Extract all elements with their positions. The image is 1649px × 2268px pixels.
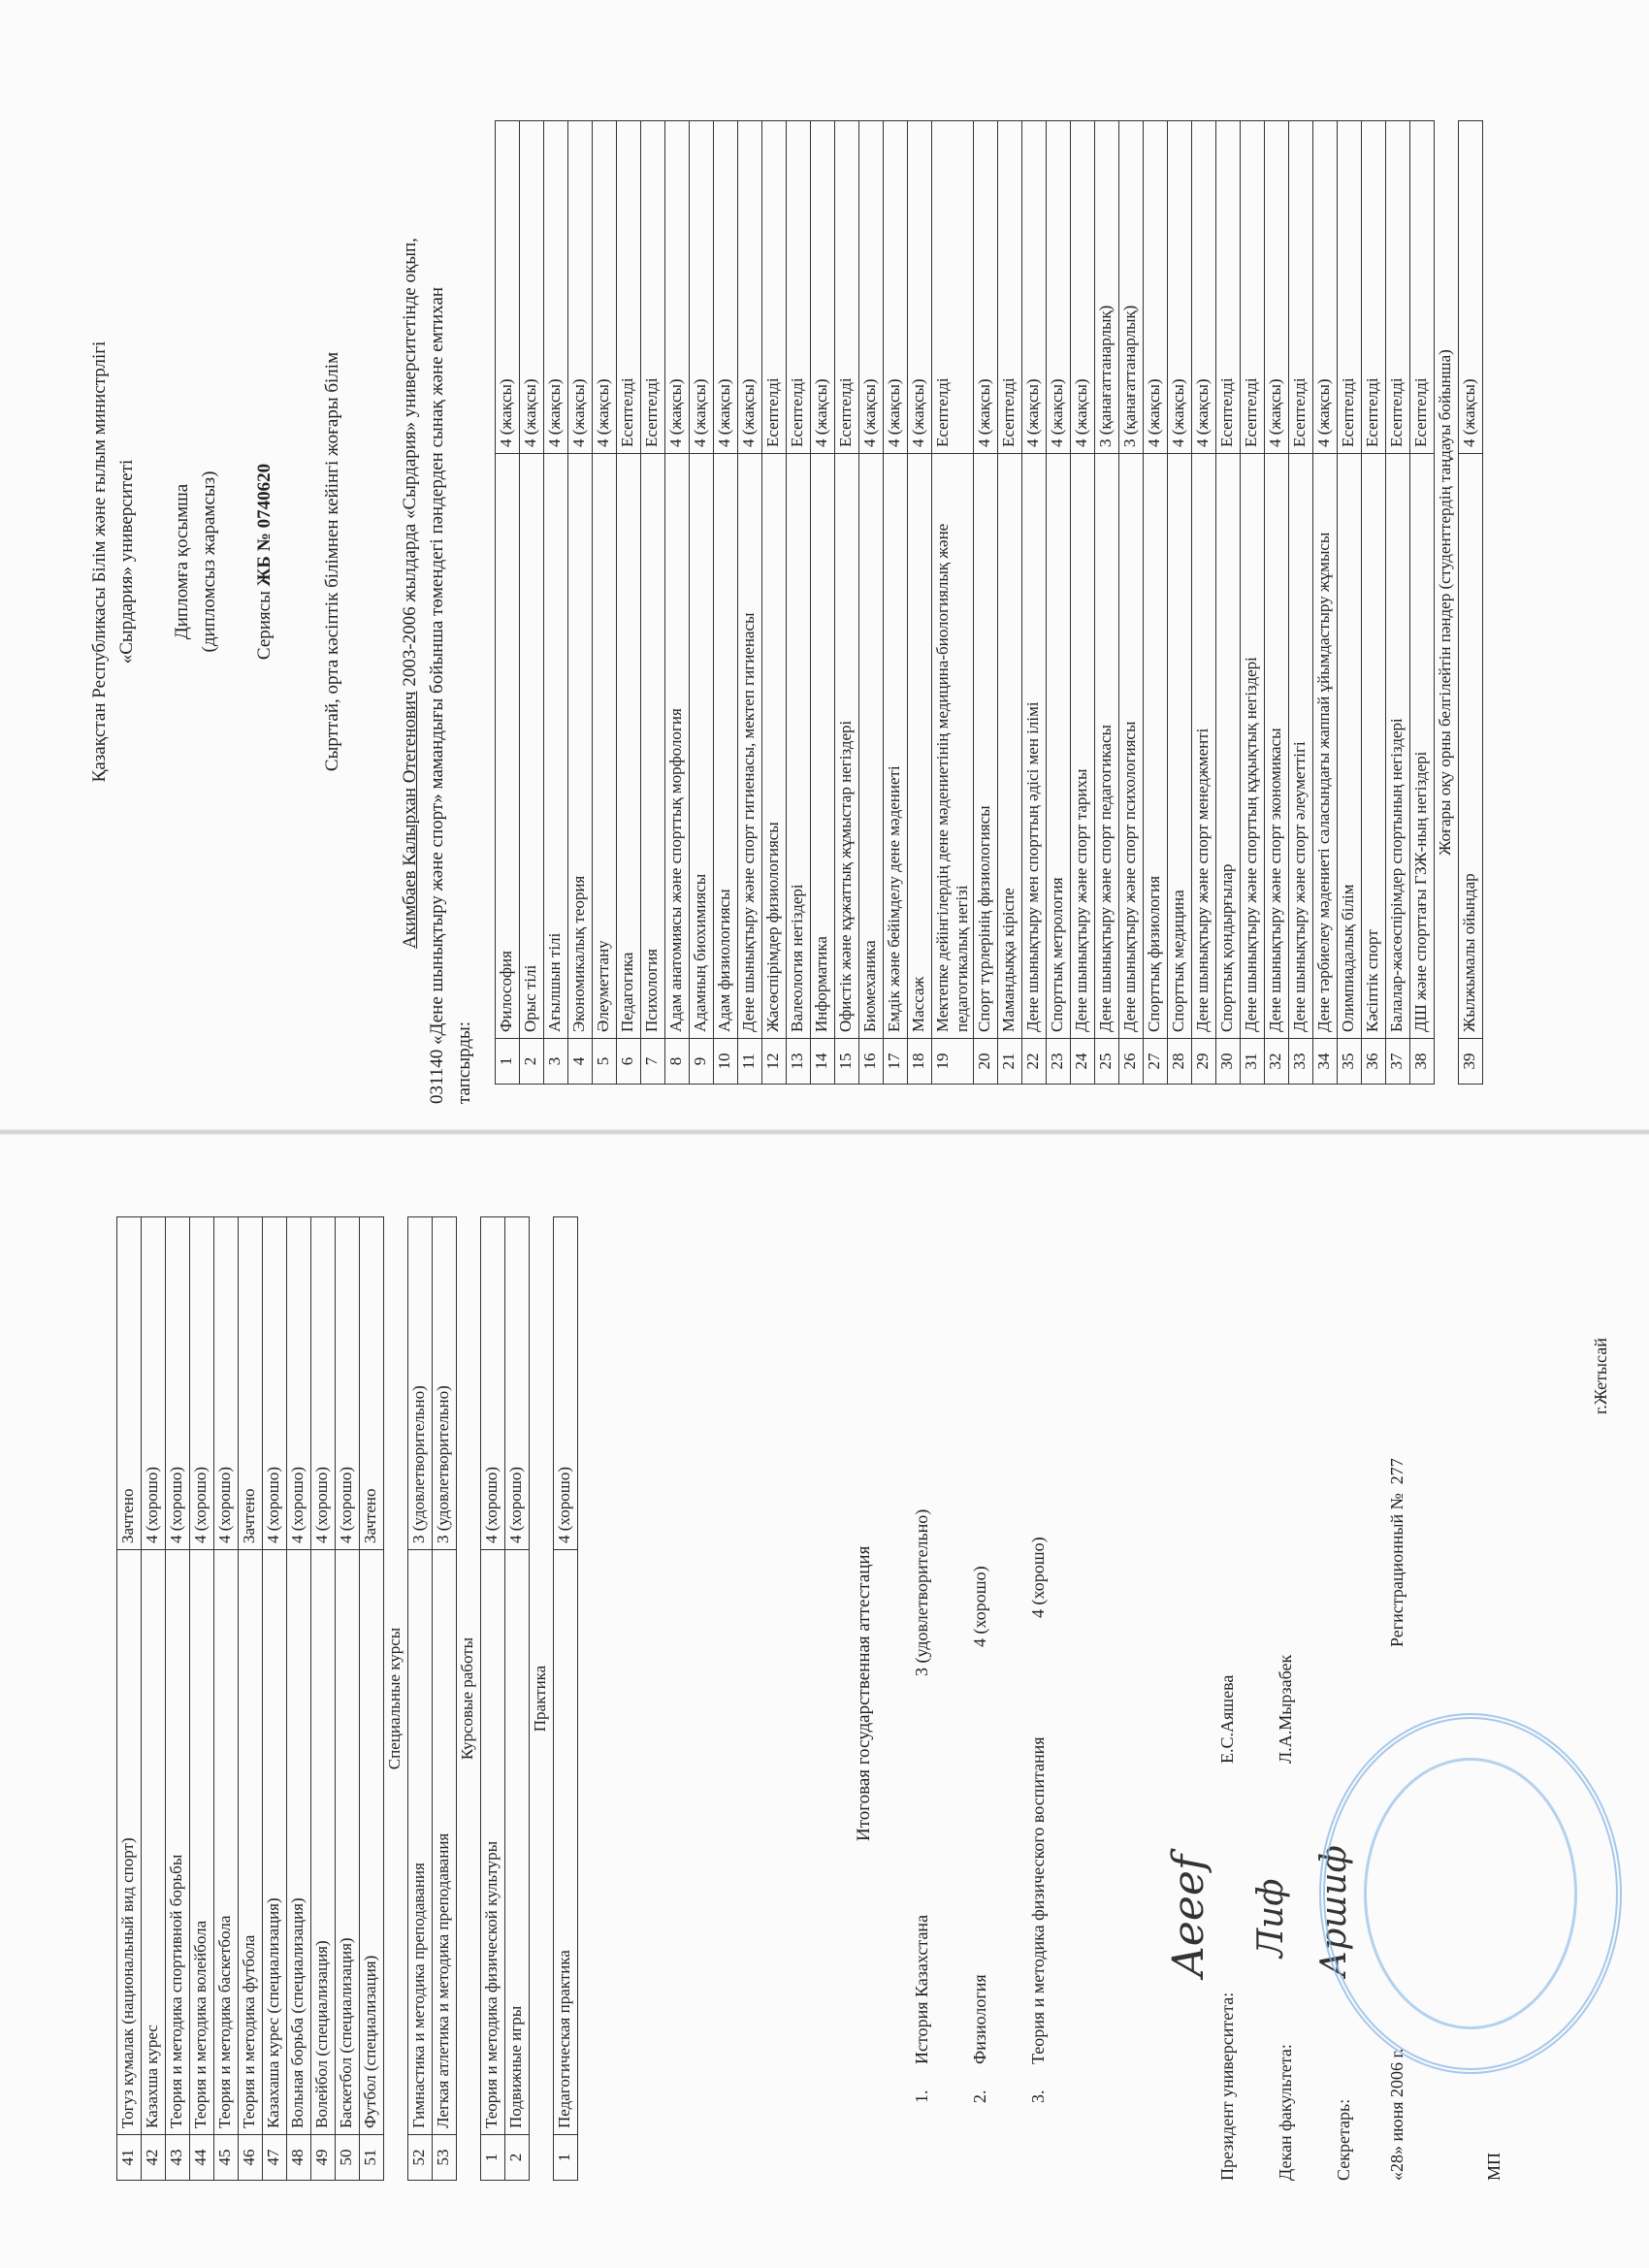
grade: 3 (удовлетворительно)	[408, 1217, 433, 1550]
subject-name: Дене шынықтыру мен спорттың әдісі мен іл…	[1022, 454, 1047, 1039]
row-number: 31	[1241, 1039, 1265, 1085]
subject-name: Дене шынықтыру және спорт педагогикасы	[1095, 454, 1119, 1039]
grade: Есептелді	[835, 121, 859, 454]
row-number: 22	[1022, 1039, 1047, 1085]
subject-name: Спорттық қондырғылар	[1216, 454, 1241, 1039]
table-row: 21Мамандыққа кіріспеЕсептелді	[998, 121, 1022, 1085]
table-row: 35Олимпиадалық білімЕсептелді	[1338, 121, 1362, 1085]
table-row: 1Философия4 (жақсы)	[496, 121, 520, 1085]
table-row: 3Ағылшын тілі4 (жақсы)	[544, 121, 568, 1085]
table-row: 10Адам физиологиясы4 (жақсы)	[714, 121, 738, 1085]
attestation-item: 3.Теория и методика физического воспитан…	[1028, 1327, 1086, 2103]
grade: Зачтено	[117, 1217, 142, 1550]
subject-name: Вольная борьба (специализация)	[287, 1550, 311, 2135]
subject-name: Теория и методика спортивной борьбы	[166, 1550, 190, 2135]
row-number: 5	[593, 1039, 617, 1085]
row-number: 30	[1216, 1039, 1241, 1085]
grade: 3 (қанағаттанарлық)	[1095, 121, 1119, 454]
attestation-grade: 3 (удовлетворительно)	[912, 1509, 932, 1676]
grade: Есептелді	[1410, 121, 1435, 454]
row-number: 52	[408, 2135, 433, 2181]
table-row: 7ПсихологияЕсептелді	[641, 121, 665, 1085]
secretary-label: Секретарь:	[1334, 2099, 1354, 2181]
grade: 4 (жақсы)	[859, 121, 884, 454]
attestation-subject: Физиология	[970, 1974, 990, 2064]
table-row: 11Дене шынықтыру және спорт гигиенасы, м…	[738, 121, 762, 1085]
row-number: 27	[1144, 1039, 1168, 1085]
subject-name: Адам анатомиясы және спорттық морфология	[665, 454, 690, 1039]
table-row: 47Казахаша курес (специализация)4 (хорош…	[263, 1217, 287, 2181]
row-number: 25	[1095, 1039, 1119, 1085]
grade: Есептелді	[1386, 121, 1410, 454]
subject-name: Тогуз кумалак (национальный вид спорт)	[117, 1550, 142, 2135]
subject-name: Экономикалық теория	[568, 454, 593, 1039]
grade: Есептелді	[998, 121, 1022, 454]
row-number: 38	[1410, 1039, 1435, 1085]
row-number: 26	[1119, 1039, 1144, 1085]
table-row: 50Баскетбол (специализация)4 (хорошо)	[336, 1217, 360, 2181]
series: Сериясы ЖБ № 0740620	[252, 0, 277, 1123]
row-number: 39	[1459, 1039, 1483, 1085]
table-row: 49Волейбол (специализация)4 (хорошо)	[311, 1217, 336, 2181]
row-number: 21	[998, 1039, 1022, 1085]
grade: 4 (хорошо)	[505, 1217, 530, 1550]
subject-name: Дене шынықтыру және спорт психологиясы	[1119, 454, 1144, 1039]
row-number: 19	[932, 1039, 974, 1085]
city: г.Жетысай	[1591, 1338, 1611, 1414]
table-row: 34Дене тәрбиелеу мәдениеті саласындағы ж…	[1313, 121, 1338, 1085]
table-row: 51Футбол (специализация)Зачтено	[360, 1217, 384, 2181]
university-name: «Сырдария» университеті	[114, 0, 140, 1123]
row-number: 20	[974, 1039, 998, 1085]
attestation-number: 2.	[970, 2090, 990, 2104]
grade: 4 (жақсы)	[738, 121, 762, 454]
attestation-title: Итоговая государственная аттестация	[854, 1546, 875, 1841]
row-number: 1	[554, 2135, 578, 2181]
row-number: 33	[1289, 1039, 1313, 1085]
table-row: 37Балалар-жасөспірімдер спортының негізд…	[1386, 121, 1410, 1085]
row-number: 50	[336, 2135, 360, 2181]
row-number: 49	[311, 2135, 336, 2181]
grade: 4 (хорошо)	[263, 1217, 287, 1550]
table-row: 29Дене шынықтыру және спорт менеджменті4…	[1192, 121, 1216, 1085]
president-label: Президент университета:	[1217, 1993, 1238, 2181]
grade: 4 (хорошо)	[481, 1217, 505, 1550]
table-row: 27Спорттық физиология4 (жақсы)	[1144, 121, 1168, 1085]
section-header: Специальные курсы	[384, 1217, 408, 2181]
subject-name: Педагогическая практика	[554, 1550, 578, 2135]
grade: Есептелді	[1362, 121, 1386, 454]
subject-name: Теория и методика футбола	[239, 1550, 263, 2135]
attestation-grade: 4 (хорошо)	[1028, 1537, 1049, 1618]
grade: 4 (хорошо)	[214, 1217, 239, 1550]
grade: 4 (хорошо)	[336, 1217, 360, 1550]
row-number: 29	[1192, 1039, 1216, 1085]
subject-name: Мамандыққа кіріспе	[998, 454, 1022, 1039]
row-number: 11	[738, 1039, 762, 1085]
grade: 4 (жақсы)	[496, 121, 520, 454]
row-number: 36	[1362, 1039, 1386, 1085]
table-row: 44Теория и методика волейбола4 (хорошо)	[190, 1217, 214, 2181]
subject-name: Казахаша курес (специализация)	[263, 1550, 287, 2135]
table-row: 13Валеология негіздеріЕсептелді	[787, 121, 811, 1085]
section-title: Практика	[530, 1217, 554, 2181]
grade: Есептелді	[932, 121, 974, 454]
subject-name: Дене тәрбиелеу мәдениеті саласындағы жап…	[1313, 454, 1338, 1039]
grade: 4 (жақсы)	[1047, 121, 1071, 454]
table-row: 4Экономикалық теория4 (жақсы)	[568, 121, 593, 1085]
grade: Зачтено	[360, 1217, 384, 1550]
row-number: 2	[520, 1039, 544, 1085]
grade: 4 (жақсы)	[690, 121, 714, 454]
dean-label: Декан факультета:	[1276, 2044, 1296, 2181]
grade: 4 (жақсы)	[1168, 121, 1192, 454]
table-row: 18Массаж4 (жақсы)	[908, 121, 932, 1085]
row-number: 51	[360, 2135, 384, 2181]
grade: 4 (жақсы)	[811, 121, 835, 454]
intro-line-2: 031140 «Дене шынықтыру және спорт» маман…	[425, 0, 450, 1104]
president-name: Е.С.Аяшева	[1217, 1675, 1238, 1764]
table-row: 26Дене шынықтыру және спорт психологиясы…	[1119, 121, 1144, 1085]
grade: 4 (жақсы)	[714, 121, 738, 454]
kz-subjects-table: 1Философия4 (жақсы)2Орыс тілі4 (жақсы)3А…	[495, 120, 1483, 1085]
attestation-subject: Теория и методика физического воспитания	[1028, 1736, 1049, 2064]
table-row: 38ДШ және спорттағы ГЗЖ-ның негіздеріЕсе…	[1410, 121, 1435, 1085]
row-number: 14	[811, 1039, 835, 1085]
table-row: 30Спорттық қондырғыларЕсептелді	[1216, 121, 1241, 1085]
issue-date: «28» июня 2006 г.	[1387, 2049, 1407, 2181]
scanned-document: 41Тогуз кумалак (национальный вид спорт)…	[0, 0, 1649, 2268]
table-row: 25Дене шынықтыру және спорт педагогикасы…	[1095, 121, 1119, 1085]
row-number: 23	[1047, 1039, 1071, 1085]
grade: 4 (жақсы)	[1459, 121, 1483, 454]
subject-name: Жасөспірімдер физиологиясы	[762, 454, 787, 1039]
table-row: 1Теория и методика физической культуры4 …	[481, 1217, 505, 2181]
table-row: 31Дене шынықтыру және спорттың құқықтық …	[1241, 121, 1265, 1085]
subject-name: Легкая атлетика и методика преподавания	[433, 1550, 457, 2135]
subject-name: Педагогика	[617, 454, 641, 1039]
president-signature: Aeeef	[1164, 1855, 1213, 1977]
row-number: 1	[481, 2135, 505, 2181]
grade: 3 (қанағаттанарлық)	[1119, 121, 1144, 454]
grade: 4 (хорошо)	[142, 1217, 166, 1550]
grade: Есептелді	[787, 121, 811, 454]
row-number: 9	[690, 1039, 714, 1085]
section-title: Курсовые работы	[457, 1217, 481, 2181]
grade: 4 (жақсы)	[544, 121, 568, 454]
table-row: 48Вольная борьба (специализация)4 (хорош…	[287, 1217, 311, 2181]
grade: 3 (удовлетворительно)	[433, 1217, 457, 1550]
page-left: 41Тогуз кумалак (национальный вид спорт)…	[0, 1143, 1649, 2268]
subject-name: Балалар-жасөспірімдер спортының негіздер…	[1386, 454, 1410, 1039]
table-row: 36Кәсіптік спортЕсептелді	[1362, 121, 1386, 1085]
subject-name: Дене шынықтыру және спорт әлеуметтігі	[1289, 454, 1313, 1039]
grade: Есептелді	[1216, 121, 1241, 454]
grade: 4 (хорошо)	[287, 1217, 311, 1550]
row-number: 13	[787, 1039, 811, 1085]
student-line: Акимбаев Калырхан Отегенович 2003-2006 ж…	[398, 0, 423, 949]
grade: 4 (хорошо)	[166, 1217, 190, 1550]
subject-name: Спорттық медицина	[1168, 454, 1192, 1039]
table-row: 53Легкая атлетика и методика преподавани…	[433, 1217, 457, 2181]
table-row: 33Дене шынықтыру және спорт әлеуметтігіЕ…	[1289, 121, 1313, 1085]
subject-name: Орыс тілі	[520, 454, 544, 1039]
subject-name: Адамның биохимиясы	[690, 454, 714, 1039]
row-number: 35	[1338, 1039, 1362, 1085]
subject-name: Дене шынықтыру және спорт тарихы	[1071, 454, 1095, 1039]
subject-name: Емдік және бейімделу дене мәдениеті	[884, 454, 908, 1039]
subject-name: Мектепке дейінгілердің дене мәдениетінің…	[932, 454, 974, 1039]
row-number: 42	[142, 2135, 166, 2181]
row-number: 46	[239, 2135, 263, 2181]
row-number: 15	[835, 1039, 859, 1085]
table-row: 17Емдік және бейімделу дене мәдениеті4 (…	[884, 121, 908, 1085]
subject-name: Дене шынықтыру және спорт экономикасы	[1265, 454, 1289, 1039]
subject-name: Адам физиологиясы	[714, 454, 738, 1039]
row-number: 53	[433, 2135, 457, 2181]
subject-name: Баскетбол (специализация)	[336, 1550, 360, 2135]
grade: 4 (жақсы)	[568, 121, 593, 454]
table-row: 9Адамның биохимиясы4 (жақсы)	[690, 121, 714, 1085]
table-row: 43Теория и методика спортивной борьбы4 (…	[166, 1217, 190, 2181]
row-number: 3	[544, 1039, 568, 1085]
subject-name: Әлеуметтану	[593, 454, 617, 1039]
row-number: 16	[859, 1039, 884, 1085]
row-number: 47	[263, 2135, 287, 2181]
grade: 4 (жақсы)	[1022, 121, 1047, 454]
subject-name: Теория и методика баскетбола	[214, 1550, 239, 2135]
ministry-name: Қазақстан Республикасы Білім және ғылым …	[87, 0, 113, 1123]
table-row: 2Орыс тілі4 (жақсы)	[520, 121, 544, 1085]
table-row: 2Подвижные игры4 (хорошо)	[505, 1217, 530, 2181]
grade: Есептелді	[641, 121, 665, 454]
section-header: Практика	[530, 1217, 554, 2181]
table-row: 15Офистік және құжаттық жұмыстар негізде…	[835, 121, 859, 1085]
row-number: 44	[190, 2135, 214, 2181]
education-type: Сырттай, орта кәсіптік білімнен кейінгі …	[320, 0, 345, 1123]
grade: 4 (жақсы)	[593, 121, 617, 454]
row-number: 48	[287, 2135, 311, 2181]
subject-name: Олимпиадалық білім	[1338, 454, 1362, 1039]
grade: 4 (жақсы)	[1192, 121, 1216, 454]
row-number: 18	[908, 1039, 932, 1085]
table-row: 6ПедагогикаЕсептелді	[617, 121, 641, 1085]
attestation-grade: 4 (хорошо)	[970, 1566, 990, 1647]
row-number: 37	[1386, 1039, 1410, 1085]
grade: 4 (жақсы)	[1265, 121, 1289, 454]
grade: 4 (жақсы)	[908, 121, 932, 454]
document-subtitle: (дипломсыз жарамсыз)	[197, 0, 222, 1123]
subject-name: Теория и методика физической культуры	[481, 1550, 505, 2135]
table-row: 41Тогуз кумалак (национальный вид спорт)…	[117, 1217, 142, 2181]
subject-name: Гимнастика и методика преподавания	[408, 1550, 433, 2135]
grade: 4 (хорошо)	[554, 1217, 578, 1550]
grade: 4 (жақсы)	[1071, 121, 1095, 454]
row-number: 24	[1071, 1039, 1095, 1085]
subject-name: Информатика	[811, 454, 835, 1039]
grade: 4 (хорошо)	[311, 1217, 336, 1550]
subject-name: Дене шынықтыру және спорт менеджменті	[1192, 454, 1216, 1039]
grade: 4 (жақсы)	[1144, 121, 1168, 454]
subject-name: Ағылшын тілі	[544, 454, 568, 1039]
grade: Есептелді	[617, 121, 641, 454]
row-number: 10	[714, 1039, 738, 1085]
subject-name: Массаж	[908, 454, 932, 1039]
attestation-list: 1.История Казахстана3 (удовлетворительно…	[912, 1327, 1086, 2103]
table-row: 23Спорттық метрология4 (жақсы)	[1047, 121, 1071, 1085]
table-row: 5Әлеуметтану4 (жақсы)	[593, 121, 617, 1085]
row-number: 4	[568, 1039, 593, 1085]
subject-name: Дене шынықтыру және спорттың құқықтық не…	[1241, 454, 1265, 1039]
subject-name: ДШ және спорттағы ГЗЖ-ның негіздері	[1410, 454, 1435, 1039]
row-number: 34	[1313, 1039, 1338, 1085]
table-row: 46Теория и методика футболаЗачтено	[239, 1217, 263, 2181]
subject-name: Футбол (специализация)	[360, 1550, 384, 2135]
student-name: Акимбаев Калырхан Отегенович	[400, 691, 420, 949]
row-number: 12	[762, 1039, 787, 1085]
subject-name: Спорт түрлерінің физиологиясы	[974, 454, 998, 1039]
table-row: 24Дене шынықтыру және спорт тарихы4 (жақ…	[1071, 121, 1095, 1085]
section-title: Жоғары оқу орны белгілейтін пәндер (студ…	[1435, 121, 1459, 1085]
row-number: 1	[496, 1039, 520, 1085]
table-row: 42Казахша курес4 (хорошо)	[142, 1217, 166, 2181]
row-number: 17	[884, 1039, 908, 1085]
table-row: 32Дене шынықтыру және спорт экономикасы4…	[1265, 121, 1289, 1085]
table-row: 16Биомеханика4 (жақсы)	[859, 121, 884, 1085]
attestation-number: 1.	[912, 2090, 932, 2104]
grade: Есептелді	[1241, 121, 1265, 454]
grade: 4 (жақсы)	[665, 121, 690, 454]
subject-name: Офистік және құжаттық жұмыстар негіздері	[835, 454, 859, 1039]
subject-name: Дене шынықтыру және спорт гигиенасы, мек…	[738, 454, 762, 1039]
ru-subjects-table: 41Тогуз кумалак (национальный вид спорт)…	[116, 1216, 578, 2181]
table-row: 20Спорт түрлерінің физиологиясы4 (жақсы)	[974, 121, 998, 1085]
subject-name: Философия	[496, 454, 520, 1039]
dean-signature: Лиф	[1251, 1879, 1291, 1958]
subject-name: Теория и методика волейбола	[190, 1550, 214, 2135]
table-row: 45Теория и методика баскетбола4 (хорошо)	[214, 1217, 239, 2181]
section-header: Жоғары оқу орны белгілейтін пәндер (студ…	[1435, 121, 1459, 1085]
subject-name: Волейбол (специализация)	[311, 1550, 336, 2135]
row-number: 8	[665, 1039, 690, 1085]
subject-name: Психология	[641, 454, 665, 1039]
subject-name: Жылжымалы ойындар	[1459, 454, 1483, 1039]
row-number: 43	[166, 2135, 190, 2181]
grade: Зачтено	[239, 1217, 263, 1550]
dean-name: Л.А.Мырзабек	[1276, 1655, 1296, 1764]
attestation-item: 2.Физиология4 (хорошо)	[970, 1327, 1028, 2103]
subject-name: Валеология негіздері	[787, 454, 811, 1039]
row-number: 41	[117, 2135, 142, 2181]
section-header: Курсовые работы	[457, 1217, 481, 2181]
grade: Есептелді	[1289, 121, 1313, 454]
attestation-number: 3.	[1028, 2090, 1049, 2104]
row-number: 7	[641, 1039, 665, 1085]
table-row: 52Гимнастика и методика преподавания3 (у…	[408, 1217, 433, 2181]
university-seal	[1319, 1713, 1622, 2074]
subject-name: Казахша курес	[142, 1550, 166, 2135]
document-title: Дипломға қосымша	[170, 0, 195, 1123]
row-number: 2	[505, 2135, 530, 2181]
table-row: 19Мектепке дейінгілердің дене мәдениетін…	[932, 121, 974, 1085]
grade: 4 (хорошо)	[190, 1217, 214, 1550]
attestation-item: 1.История Казахстана3 (удовлетворительно…	[912, 1327, 970, 2103]
grade: 4 (жақсы)	[974, 121, 998, 454]
table-row: 8Адам анатомиясы және спорттық морфологи…	[665, 121, 690, 1085]
grade: 4 (жақсы)	[520, 121, 544, 454]
row-number: 32	[1265, 1039, 1289, 1085]
subject-name: Подвижные игры	[505, 1550, 530, 2135]
page-right: Қазақстан Республикасы Білім және ғылым …	[0, 0, 1649, 1123]
subject-name: Спорттық физиология	[1144, 454, 1168, 1039]
intro-line-3: тапсырды:	[452, 0, 477, 1104]
table-row: 39Жылжымалы ойындар4 (жақсы)	[1459, 121, 1483, 1085]
stamp-label: МП	[1484, 2153, 1504, 2181]
table-row: 1Педагогическая практика4 (хорошо)	[554, 1217, 578, 2181]
table-row: 22Дене шынықтыру мен спорттың әдісі мен …	[1022, 121, 1047, 1085]
section-title: Специальные курсы	[384, 1217, 408, 2181]
grade: 4 (жақсы)	[884, 121, 908, 454]
row-number: 28	[1168, 1039, 1192, 1085]
attestation-subject: История Казахстана	[912, 1915, 932, 2064]
subject-name: Спорттық метрология	[1047, 454, 1071, 1039]
subject-name: Биомеханика	[859, 454, 884, 1039]
table-row: 28Спорттық медицина4 (жақсы)	[1168, 121, 1192, 1085]
table-row: 14Информатика4 (жақсы)	[811, 121, 835, 1085]
grade: 4 (жақсы)	[1313, 121, 1338, 454]
row-number: 45	[214, 2135, 239, 2181]
page-fold	[0, 1129, 1649, 1135]
subject-name: Кәсіптік спорт	[1362, 454, 1386, 1039]
registration-number: Регистрационный № 277	[1387, 1458, 1407, 1647]
row-number: 6	[617, 1039, 641, 1085]
grade: Есептелді	[1338, 121, 1362, 454]
grade: Есептелді	[762, 121, 787, 454]
table-row: 12Жасөспірімдер физиологиясыЕсептелді	[762, 121, 787, 1085]
